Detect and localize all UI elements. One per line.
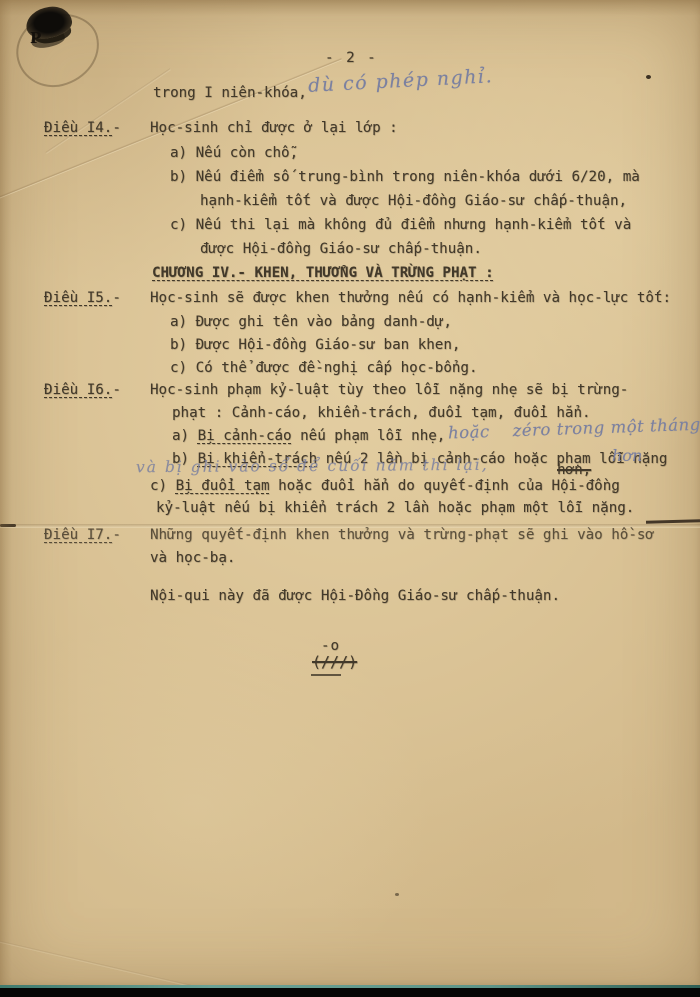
article-16-item-c-line1: c) Bị đuổi tạm hoặc đuổi hẳn do quyết-đị… bbox=[150, 477, 620, 496]
article-17-line1: Những quyết-định khen thưởng và trừng-ph… bbox=[150, 526, 654, 545]
handwritten-word-hon: hơn bbox=[612, 446, 642, 465]
bottom-crease bbox=[0, 938, 212, 992]
chapter-heading: CHƯƠNG IV.- KHEN, THƯỞNG VÀ TRỪNG PHẠT : bbox=[152, 264, 494, 283]
end-mark-flourish: (///) bbox=[312, 653, 357, 672]
item-c-underlined: Bị đuổi tạm bbox=[176, 478, 270, 494]
item-a-prefix: a) bbox=[172, 428, 198, 444]
label-dash: - bbox=[112, 290, 121, 306]
article-16-label: Điều I6.- bbox=[44, 381, 121, 400]
closing-line: Nội-qui này đã được Hội-Đồng Giáo-sư chấ… bbox=[150, 587, 560, 606]
item-c-prefix: c) bbox=[150, 478, 176, 494]
article-15-item-b: b) Được Hội-đồng Giáo-sư ban khen, bbox=[170, 336, 460, 355]
ink-speck bbox=[395, 893, 399, 896]
article-14-item-c-line1: c) Nếu thi lại mà không đủ điểm nhưng hạ… bbox=[170, 216, 631, 235]
ink-stain: P bbox=[14, 2, 110, 94]
item-a-underlined: Bị cảnh-cáo bbox=[198, 428, 292, 444]
scanner-bed bbox=[0, 985, 700, 997]
article-16-item-c-line2: kỷ-luật nếu bị khiển trách 2 lần hoặc ph… bbox=[156, 499, 634, 518]
article-15-label: Điều I5.- bbox=[44, 289, 121, 308]
article-15-heading: Học-sinh sẽ được khen thưởng nếu có hạnh… bbox=[150, 289, 671, 308]
article-16-item-a: a) Bị cảnh-cáo nếu phạm lỗi nhẹ, bbox=[172, 427, 445, 446]
article-17-line2: và học-bạ. bbox=[150, 549, 235, 568]
label-dash: - bbox=[112, 382, 121, 398]
article-17-label-text: Điều I7. bbox=[44, 527, 112, 543]
intro-line: trong I niên-khóa, bbox=[153, 84, 307, 103]
article-15-label-text: Điều I5. bbox=[44, 290, 112, 306]
article-16-label-text: Điều I6. bbox=[44, 382, 112, 398]
article-14-label: Điều I4.- bbox=[44, 119, 121, 138]
article-15-item-a: a) Được ghi tên vào bảng danh-dự, bbox=[170, 313, 452, 332]
article-14-heading: Học-sinh chỉ được ở lại lớp : bbox=[150, 119, 398, 138]
stain-letter: P bbox=[30, 29, 41, 47]
article-17-label: Điều I7.- bbox=[44, 526, 121, 545]
paper-sheet: P - 2 - trong I niên-khóa, dù có phép ng… bbox=[0, 0, 700, 986]
label-dash: - bbox=[112, 120, 121, 136]
item-c-rest: hoặc đuổi hẳn do quyết-định của Hội-đồng bbox=[270, 478, 620, 494]
label-dash: - bbox=[112, 527, 121, 543]
page-number: - 2 - bbox=[325, 49, 378, 68]
handwritten-note-item-b: và bị ghi vào sổ để cuối năm thi lại, bbox=[136, 456, 489, 476]
article-15-item-c: c) Có thể được đề-nghị cấp học-bổng. bbox=[170, 359, 478, 378]
end-mark-underline bbox=[311, 674, 341, 676]
article-14-item-c-line2: được Hội-đồng Giáo-sư chấp-thuận. bbox=[200, 240, 482, 259]
fold-mark-left bbox=[0, 524, 16, 527]
item-a-rest: nếu phạm lỗi nhẹ, bbox=[292, 428, 446, 444]
ink-speck bbox=[646, 75, 651, 79]
fold-mark-right bbox=[646, 519, 700, 523]
article-16-heading-line1: Học-sinh phạm kỷ-luật tùy theo lỗi nặng … bbox=[150, 381, 628, 400]
page-edge-highlight bbox=[0, 985, 700, 988]
article-14-item-b-line2: hạnh-kiểm tốt và được Hội-đồng Giáo-sư c… bbox=[200, 192, 627, 211]
article-14-item-b-line1: b) Nếu điểm số trung-bình trong niên-khó… bbox=[170, 168, 640, 187]
article-14-label-text: Điều I4. bbox=[44, 120, 112, 136]
handwritten-note-top: dù có phép nghỉ. bbox=[308, 65, 494, 97]
article-14-item-a: a) Nếu còn chỗ, bbox=[170, 144, 298, 163]
